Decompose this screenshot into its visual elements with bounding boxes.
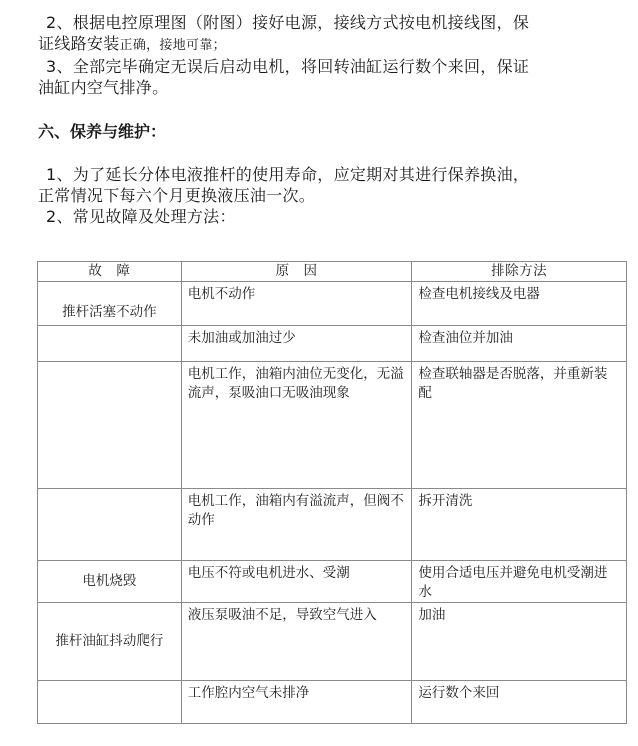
step-2-line-2: 证线路安装正确，接地可靠； xyxy=(38,33,598,56)
maintenance-item-1-line-2: 正常情况下每六个月更换液压油一次。 xyxy=(38,185,598,206)
header-remedy: 排除方法 xyxy=(412,262,627,282)
remedy-cell: 使用合适电压并避免电机受潮进水 xyxy=(412,561,627,603)
table-row: 电机烧毁 电压不符或电机进水、受潮 使用合适电压并避免电机受潮进水 xyxy=(38,561,627,603)
maintenance-item-1-line-1: 1、为了延长分体电液推杆的使用寿命，应定期对其进行保养换油， xyxy=(38,164,598,185)
step-2-line-2-small: 正确，接地可靠； xyxy=(120,38,226,53)
fault-cell xyxy=(38,489,182,561)
table-header-row: 故 障 原 因 排除方法 xyxy=(38,262,627,282)
remedy-cell: 加油 xyxy=(412,603,627,681)
step-3-line-2: 油缸内空气排净。 xyxy=(38,77,598,98)
section-heading: 六、保养与维护： xyxy=(38,121,166,143)
header-fault: 故 障 xyxy=(38,262,182,282)
remedy-cell: 检查电机接线及电器 xyxy=(412,282,627,326)
remedy-cell: 拆开清洗 xyxy=(412,489,627,561)
table-row: 未加油或加油过少 检查油位并加油 xyxy=(38,326,627,362)
maintenance-item-1: 1、为了延长分体电液推杆的使用寿命，应定期对其进行保养换油， 正常情况下每六个月… xyxy=(38,164,598,206)
cause-cell: 未加油或加油过少 xyxy=(181,326,412,362)
cause-cell: 工作腔内空气未排净 xyxy=(181,681,412,724)
table-row: 电机工作，油箱内油位无变化，无溢流声，泵吸油口无吸油现象 检查联轴器是否脱落，并… xyxy=(38,362,627,489)
fault-cell xyxy=(38,326,182,362)
remedy-cell: 检查联轴器是否脱落，并重新装配 xyxy=(412,362,627,489)
cause-cell: 液压泵吸油不足，导致空气进入 xyxy=(181,603,412,681)
fault-cell: 电机烧毁 xyxy=(38,561,182,603)
cause-cell: 电机工作，油箱内有溢流声，但阀不动作 xyxy=(181,489,412,561)
maintenance-item-2-text: 2、常见故障及处理方法： xyxy=(38,206,598,227)
table-row: 推杆活塞不动作 电机不动作 检查电机接线及电器 xyxy=(38,282,627,326)
fault-cell: 推杆活塞不动作 xyxy=(38,282,182,326)
table-row: 推杆油缸抖动爬行 液压泵吸油不足，导致空气进入 加油 xyxy=(38,603,627,681)
fault-table: 故 障 原 因 排除方法 推杆活塞不动作 电机不动作 检查电机接线及电器 未加油… xyxy=(37,261,627,724)
fault-cell xyxy=(38,362,182,489)
cause-cell: 电机不动作 xyxy=(181,282,412,326)
fault-cell xyxy=(38,681,182,724)
step-2-line-2-main: 证线路安装 xyxy=(38,34,120,53)
step-3-paragraph: 3、全部完毕确定无误后启动电机，将回转油缸运行数个来回，保证 油缸内空气排净。 xyxy=(38,56,598,98)
cause-cell: 电压不符或电机进水、受潮 xyxy=(181,561,412,603)
header-cause: 原 因 xyxy=(181,262,412,282)
step-3-line-1: 3、全部完毕确定无误后启动电机，将回转油缸运行数个来回，保证 xyxy=(38,56,598,77)
cause-cell: 电机工作，油箱内油位无变化，无溢流声，泵吸油口无吸油现象 xyxy=(181,362,412,489)
remedy-cell: 检查油位并加油 xyxy=(412,326,627,362)
step-2-paragraph: 2、根据电控原理图（附图）接好电源，接线方式按电机接线图，保 证线路安装正确，接… xyxy=(38,12,598,56)
step-2-line-1: 2、根据电控原理图（附图）接好电源，接线方式按电机接线图，保 xyxy=(38,12,598,33)
maintenance-item-2: 2、常见故障及处理方法： xyxy=(38,206,598,227)
remedy-cell: 运行数个来回 xyxy=(412,681,627,724)
fault-cell: 推杆油缸抖动爬行 xyxy=(38,603,182,681)
table-row: 电机工作，油箱内有溢流声，但阀不动作 拆开清洗 xyxy=(38,489,627,561)
table-row: 工作腔内空气未排净 运行数个来回 xyxy=(38,681,627,724)
